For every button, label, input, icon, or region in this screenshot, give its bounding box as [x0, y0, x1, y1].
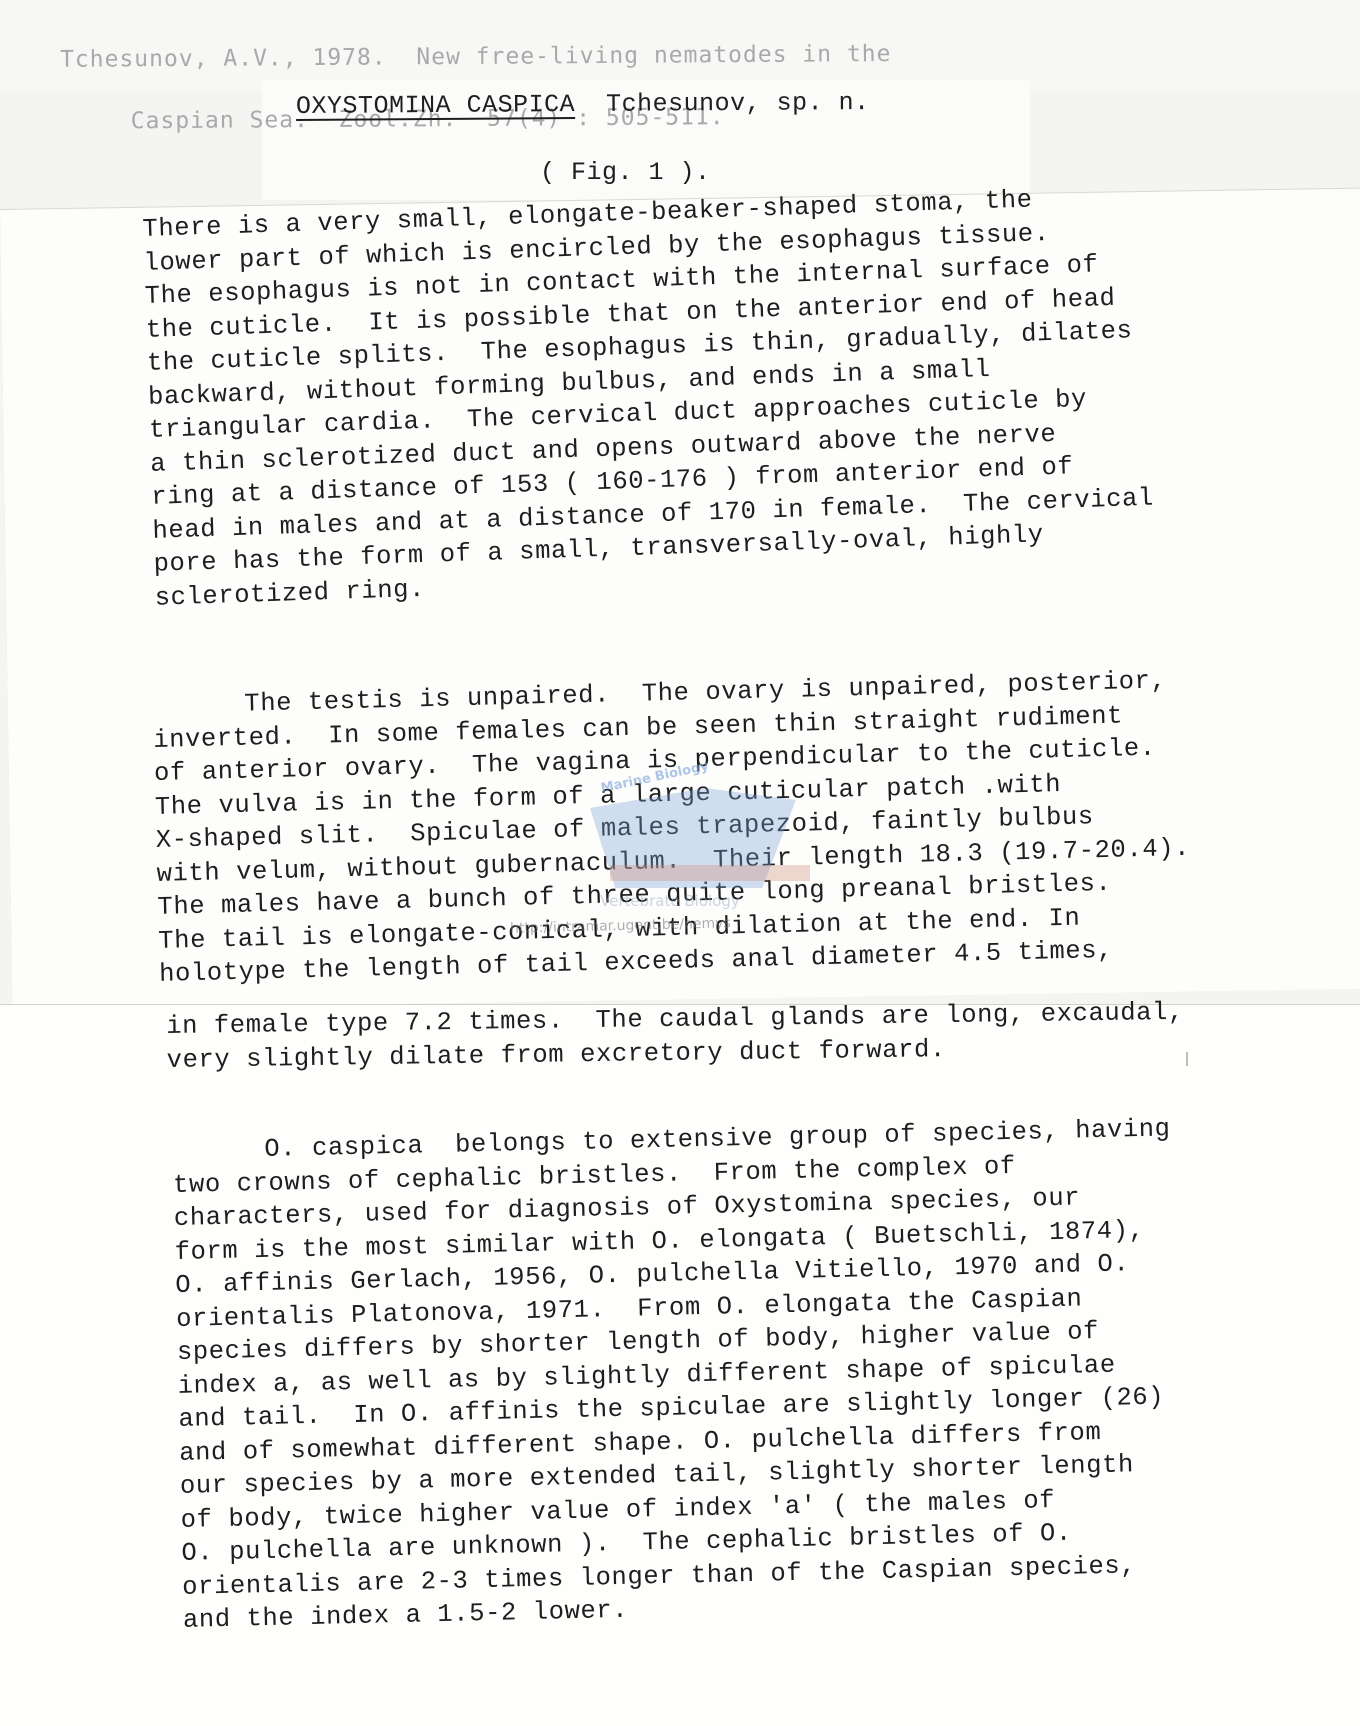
- paragraph-reproductive-continued: in female type 7.2 times. The caudal gla…: [166, 996, 1185, 1077]
- author-note: Tchesunov, sp. n.: [575, 88, 870, 119]
- paragraph-reproductive: The testis is unpaired. The ovary is unp…: [152, 664, 1193, 992]
- species-title: OXYSTOMINA CASPICA Tchesunov, sp. n.: [296, 88, 870, 121]
- species-name: OXYSTOMINA CASPICA: [296, 90, 575, 121]
- scan-mark: [1186, 1052, 1188, 1066]
- citation-line-1: Tchesunov, A.V., 1978. New free-living n…: [60, 41, 892, 73]
- paragraph-diagnosis: O. caspica belongs to extensive group of…: [172, 1112, 1182, 1637]
- paragraph-stoma-esophagus: There is a very small, elongate-beaker-s…: [142, 180, 1157, 615]
- figure-reference: ( Fig. 1 ).: [540, 158, 711, 187]
